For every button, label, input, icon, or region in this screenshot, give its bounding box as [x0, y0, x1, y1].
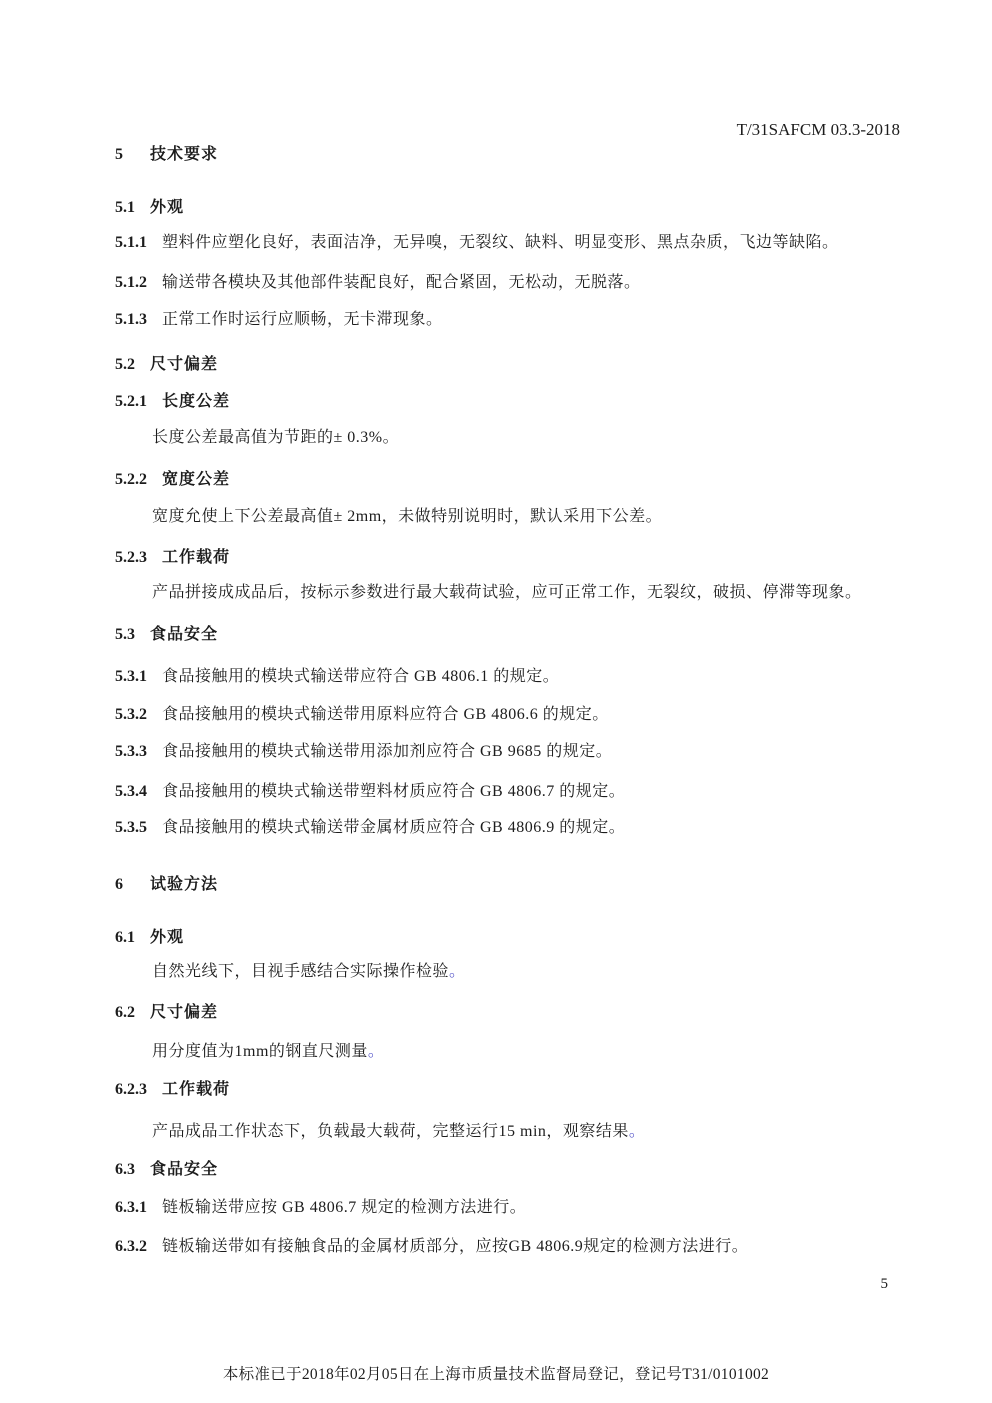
heading-title: 食品安全	[150, 626, 218, 643]
heading-number: 5.2.3	[115, 548, 147, 568]
doc-code: T/31SAFCM 03.3-2018	[737, 120, 900, 139]
heading-number: 6.1	[115, 928, 135, 948]
clause-text: 链板输送带应按 GB 4806.7 规定的检测方法进行。	[162, 1199, 526, 1216]
paragraph-text: 自然光线下，目视手感结合实际操作检验	[152, 963, 449, 980]
para-5-2-3: 产品拼接成成品后，按标示参数进行最大载荷试验，应可正常工作，无裂纹，破损、停滞等…	[115, 583, 900, 603]
clause-5-1-3: 5.1.3正常工作时运行应顺畅，无卡滞现象。	[115, 310, 900, 330]
paragraph-text: 用分度值为1mm的钢直尺测量	[152, 1043, 368, 1060]
para-5-2-2: 宽度允使上下公差最高值± 2mm，未做特别说明时，默认采用下公差。	[115, 507, 900, 527]
heading-title: 外观	[150, 199, 184, 216]
heading-number: 6.2.3	[115, 1080, 147, 1100]
clause-text: 输送带各模块及其他部件装配良好，配合紧固，无松动，无脱落。	[162, 274, 641, 291]
clause-number: 6.3.1	[115, 1198, 147, 1218]
clause-text: 食品接触用的模块式输送带用添加剂应符合 GB 9685 的规定。	[162, 743, 612, 760]
paragraph-text: 产品成品工作状态下，负载最大载荷，完整运行15 min，观察结果	[152, 1123, 629, 1140]
clause-6-3-1: 6.3.1链板输送带应按 GB 4806.7 规定的检测方法进行。	[115, 1198, 900, 1218]
heading-5-2: 5.2尺寸偏差	[115, 355, 900, 375]
heading-number: 5.2	[115, 355, 135, 375]
clause-text: 正常工作时运行应顺畅，无卡滞现象。	[162, 311, 443, 328]
heading-number: 5.1	[115, 198, 135, 218]
heading-title: 食品安全	[150, 1161, 218, 1178]
para-6-2: 用分度值为1mm的钢直尺测量。	[115, 1042, 900, 1062]
document-content: T/31SAFCM 03.3-2018 5技术要求 5.1外观 5.1.1塑料件…	[115, 0, 900, 1257]
heading-6-3: 6.3食品安全	[115, 1160, 900, 1180]
heading-title: 外观	[150, 929, 184, 946]
doc-code-header: T/31SAFCM 03.3-2018	[115, 120, 900, 140]
clause-text: 食品接触用的模块式输送带金属材质应符合 GB 4806.9 的规定。	[162, 819, 625, 836]
heading-number: 6.2	[115, 1003, 135, 1023]
clause-number: 5.3.5	[115, 818, 147, 838]
heading-5: 5技术要求	[115, 145, 900, 165]
para-6-1: 自然光线下，目视手感结合实际操作检验。	[115, 962, 900, 982]
clause-text: 链板输送带如有接触食品的金属材质部分，应按GB 4806.9规定的检测方法进行。	[162, 1238, 748, 1255]
clause-5-3-2: 5.3.2食品接触用的模块式输送带用原料应符合 GB 4806.6 的规定。	[115, 705, 900, 725]
paragraph-text: 长度公差最高值为节距的± 0.3%。	[152, 429, 399, 446]
clause-number: 5.3.1	[115, 667, 147, 687]
para-6-2-3: 产品成品工作状态下，负载最大载荷，完整运行15 min，观察结果。	[115, 1122, 900, 1142]
clause-number: 6.3.2	[115, 1237, 147, 1257]
heading-number: 6.3	[115, 1160, 135, 1180]
heading-title: 长度公差	[162, 393, 230, 410]
heading-5-3: 5.3食品安全	[115, 625, 900, 645]
paragraph-text: 产品拼接成成品后，按标示参数进行最大载荷试验，应可正常工作，无裂纹，破损、停滞等…	[152, 584, 862, 601]
heading-6-1: 6.1外观	[115, 928, 900, 948]
document-page: T/31SAFCM 03.3-2018 5技术要求 5.1外观 5.1.1塑料件…	[0, 0, 992, 1403]
clause-number: 5.3.4	[115, 782, 147, 802]
heading-title: 工作载荷	[162, 549, 230, 566]
clause-number: 5.1.2	[115, 273, 147, 293]
clause-text: 食品接触用的模块式输送带用原料应符合 GB 4806.6 的规定。	[162, 706, 609, 723]
registration-footer: 本标准已于2018年02月05日在上海市质量技术监督局登记，登记号T31/010…	[0, 1362, 992, 1384]
para-5-2-1: 长度公差最高值为节距的± 0.3%。	[115, 428, 900, 448]
heading-number: 5.2.1	[115, 392, 147, 412]
paragraph-text: 宽度允使上下公差最高值± 2mm，未做特别说明时，默认采用下公差。	[152, 508, 662, 525]
heading-number: 5.2.2	[115, 470, 147, 490]
heading-6: 6试验方法	[115, 875, 900, 895]
heading-title: 试验方法	[150, 876, 218, 893]
heading-number: 5.3	[115, 625, 135, 645]
heading-5-2-1: 5.2.1长度公差	[115, 392, 900, 412]
page-number: 5	[881, 1276, 889, 1293]
registration-text: 本标准已于2018年02月05日在上海市质量技术监督局登记，登记号T31/010…	[223, 1366, 769, 1383]
clause-text: 塑料件应塑化良好，表面洁净，无异嗅，无裂纹、缺料、明显变形、黑点杂质，飞边等缺陷…	[162, 234, 839, 251]
paragraph-period: 。	[629, 1123, 645, 1140]
heading-title: 宽度公差	[162, 471, 230, 488]
clause-number: 5.1.3	[115, 310, 147, 330]
heading-5-2-2: 5.2.2宽度公差	[115, 470, 900, 490]
clause-5-3-1: 5.3.1食品接触用的模块式输送带应符合 GB 4806.1 的规定。	[115, 667, 900, 687]
heading-6-2: 6.2尺寸偏差	[115, 1003, 900, 1023]
clause-5-3-3: 5.3.3食品接触用的模块式输送带用添加剂应符合 GB 9685 的规定。	[115, 742, 900, 762]
heading-title: 尺寸偏差	[150, 356, 218, 373]
heading-number: 5	[115, 145, 135, 165]
heading-number: 6	[115, 875, 135, 895]
heading-title: 尺寸偏差	[150, 1004, 218, 1021]
clause-5-3-4: 5.3.4食品接触用的模块式输送带塑料材质应符合 GB 4806.7 的规定。	[115, 782, 900, 802]
paragraph-period: 。	[368, 1043, 384, 1060]
clause-text: 食品接触用的模块式输送带塑料材质应符合 GB 4806.7 的规定。	[162, 783, 625, 800]
heading-title: 工作载荷	[162, 1081, 230, 1098]
clause-5-1-2: 5.1.2输送带各模块及其他部件装配良好，配合紧固，无松动，无脱落。	[115, 273, 900, 293]
clause-number: 5.1.1	[115, 233, 147, 253]
heading-title: 技术要求	[150, 146, 218, 163]
paragraph-period: 。	[449, 963, 465, 980]
clause-5-1-1: 5.1.1塑料件应塑化良好，表面洁净，无异嗅，无裂纹、缺料、明显变形、黑点杂质，…	[115, 233, 900, 253]
clause-number: 5.3.3	[115, 742, 147, 762]
heading-5-2-3: 5.2.3工作载荷	[115, 548, 900, 568]
clause-5-3-5: 5.3.5食品接触用的模块式输送带金属材质应符合 GB 4806.9 的规定。	[115, 818, 900, 838]
clause-text: 食品接触用的模块式输送带应符合 GB 4806.1 的规定。	[162, 668, 559, 685]
clause-6-3-2: 6.3.2链板输送带如有接触食品的金属材质部分，应按GB 4806.9规定的检测…	[115, 1237, 900, 1257]
heading-5-1: 5.1外观	[115, 198, 900, 218]
clause-number: 5.3.2	[115, 705, 147, 725]
heading-6-2-3: 6.2.3工作载荷	[115, 1080, 900, 1100]
